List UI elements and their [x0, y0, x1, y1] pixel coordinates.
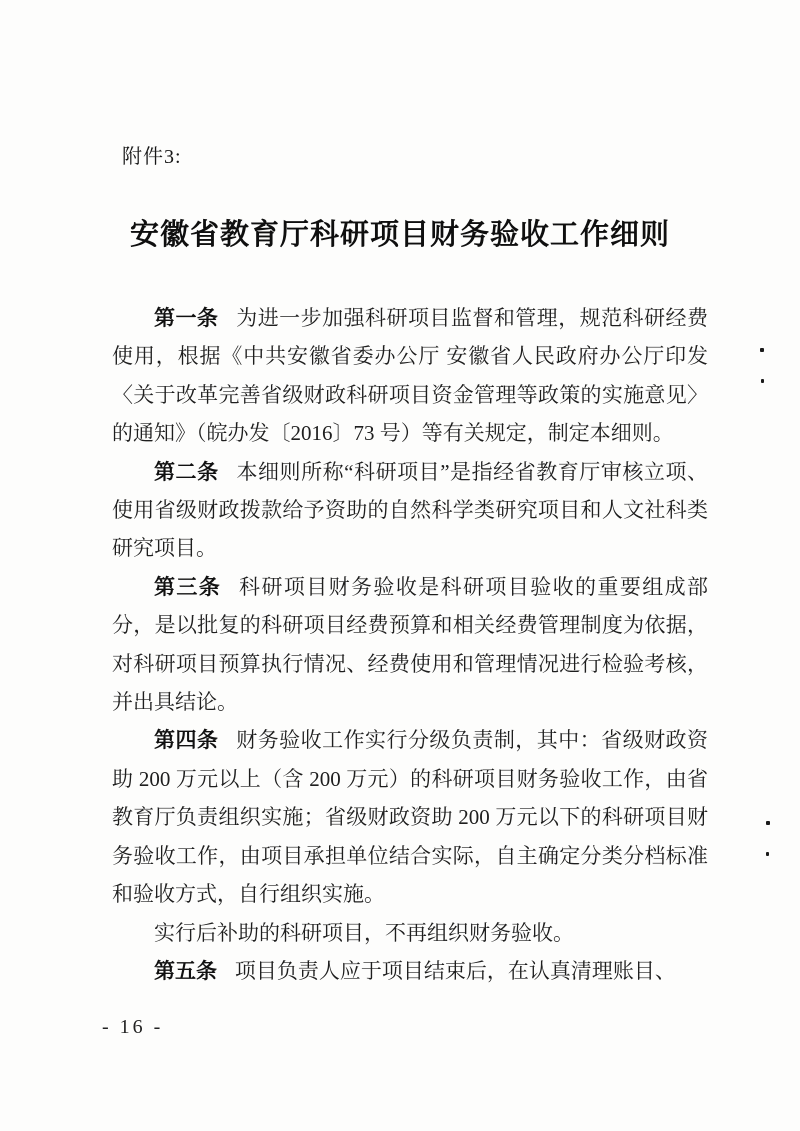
supplement-text: 实行后补助的科研项目，不再组织财务验收。	[154, 921, 574, 945]
scan-speck-1	[760, 348, 764, 352]
page-number: - 16 -	[102, 1016, 163, 1039]
document-page: 附件3: 安徽省教育厅科研项目财务验收工作细则 第一条为进一步加强科研项目监督和…	[0, 0, 800, 1131]
article-4-text: 财务验收工作实行分级负责制，其中：省级财政资助 200 万元以上（含 200 万…	[112, 728, 708, 906]
scan-speck-2	[761, 379, 764, 383]
paragraph-article-2: 第二条本细则所称“科研项目”是指经省教育厅审核立项、使用省级财政拨款给予资助的自…	[112, 453, 708, 568]
paragraph-supplement: 实行后补助的科研项目，不再组织财务验收。	[112, 914, 708, 952]
article-4-label: 第四条	[154, 728, 218, 752]
paragraph-article-3: 第三条科研项目财务验收是科研项目验收的重要组成部分，是以批复的科研项目经费预算和…	[112, 568, 708, 722]
article-3-label: 第三条	[154, 575, 221, 599]
paragraph-article-5: 第五条项目负责人应于项目结束后，在认真清理账目、	[112, 952, 708, 990]
article-5-label: 第五条	[154, 959, 217, 983]
scan-speck-3	[766, 821, 770, 825]
attachment-label: 附件3:	[122, 140, 182, 169]
scan-speck-4	[766, 852, 769, 856]
paragraph-article-1: 第一条为进一步加强科研项目监督和管理，规范科研经费使用，根据《中共安徽省委办公厅…	[112, 299, 708, 453]
document-body: 第一条为进一步加强科研项目监督和管理，规范科研经费使用，根据《中共安徽省委办公厅…	[112, 299, 708, 990]
article-2-label: 第二条	[154, 460, 219, 484]
paragraph-article-4: 第四条财务验收工作实行分级负责制，其中：省级财政资助 200 万元以上（含 20…	[112, 721, 708, 913]
article-1-label: 第一条	[154, 306, 218, 330]
article-5-text: 项目负责人应于项目结束后，在认真清理账目、	[235, 959, 676, 983]
document-title: 安徽省教育厅科研项目财务验收工作细则	[0, 212, 800, 253]
